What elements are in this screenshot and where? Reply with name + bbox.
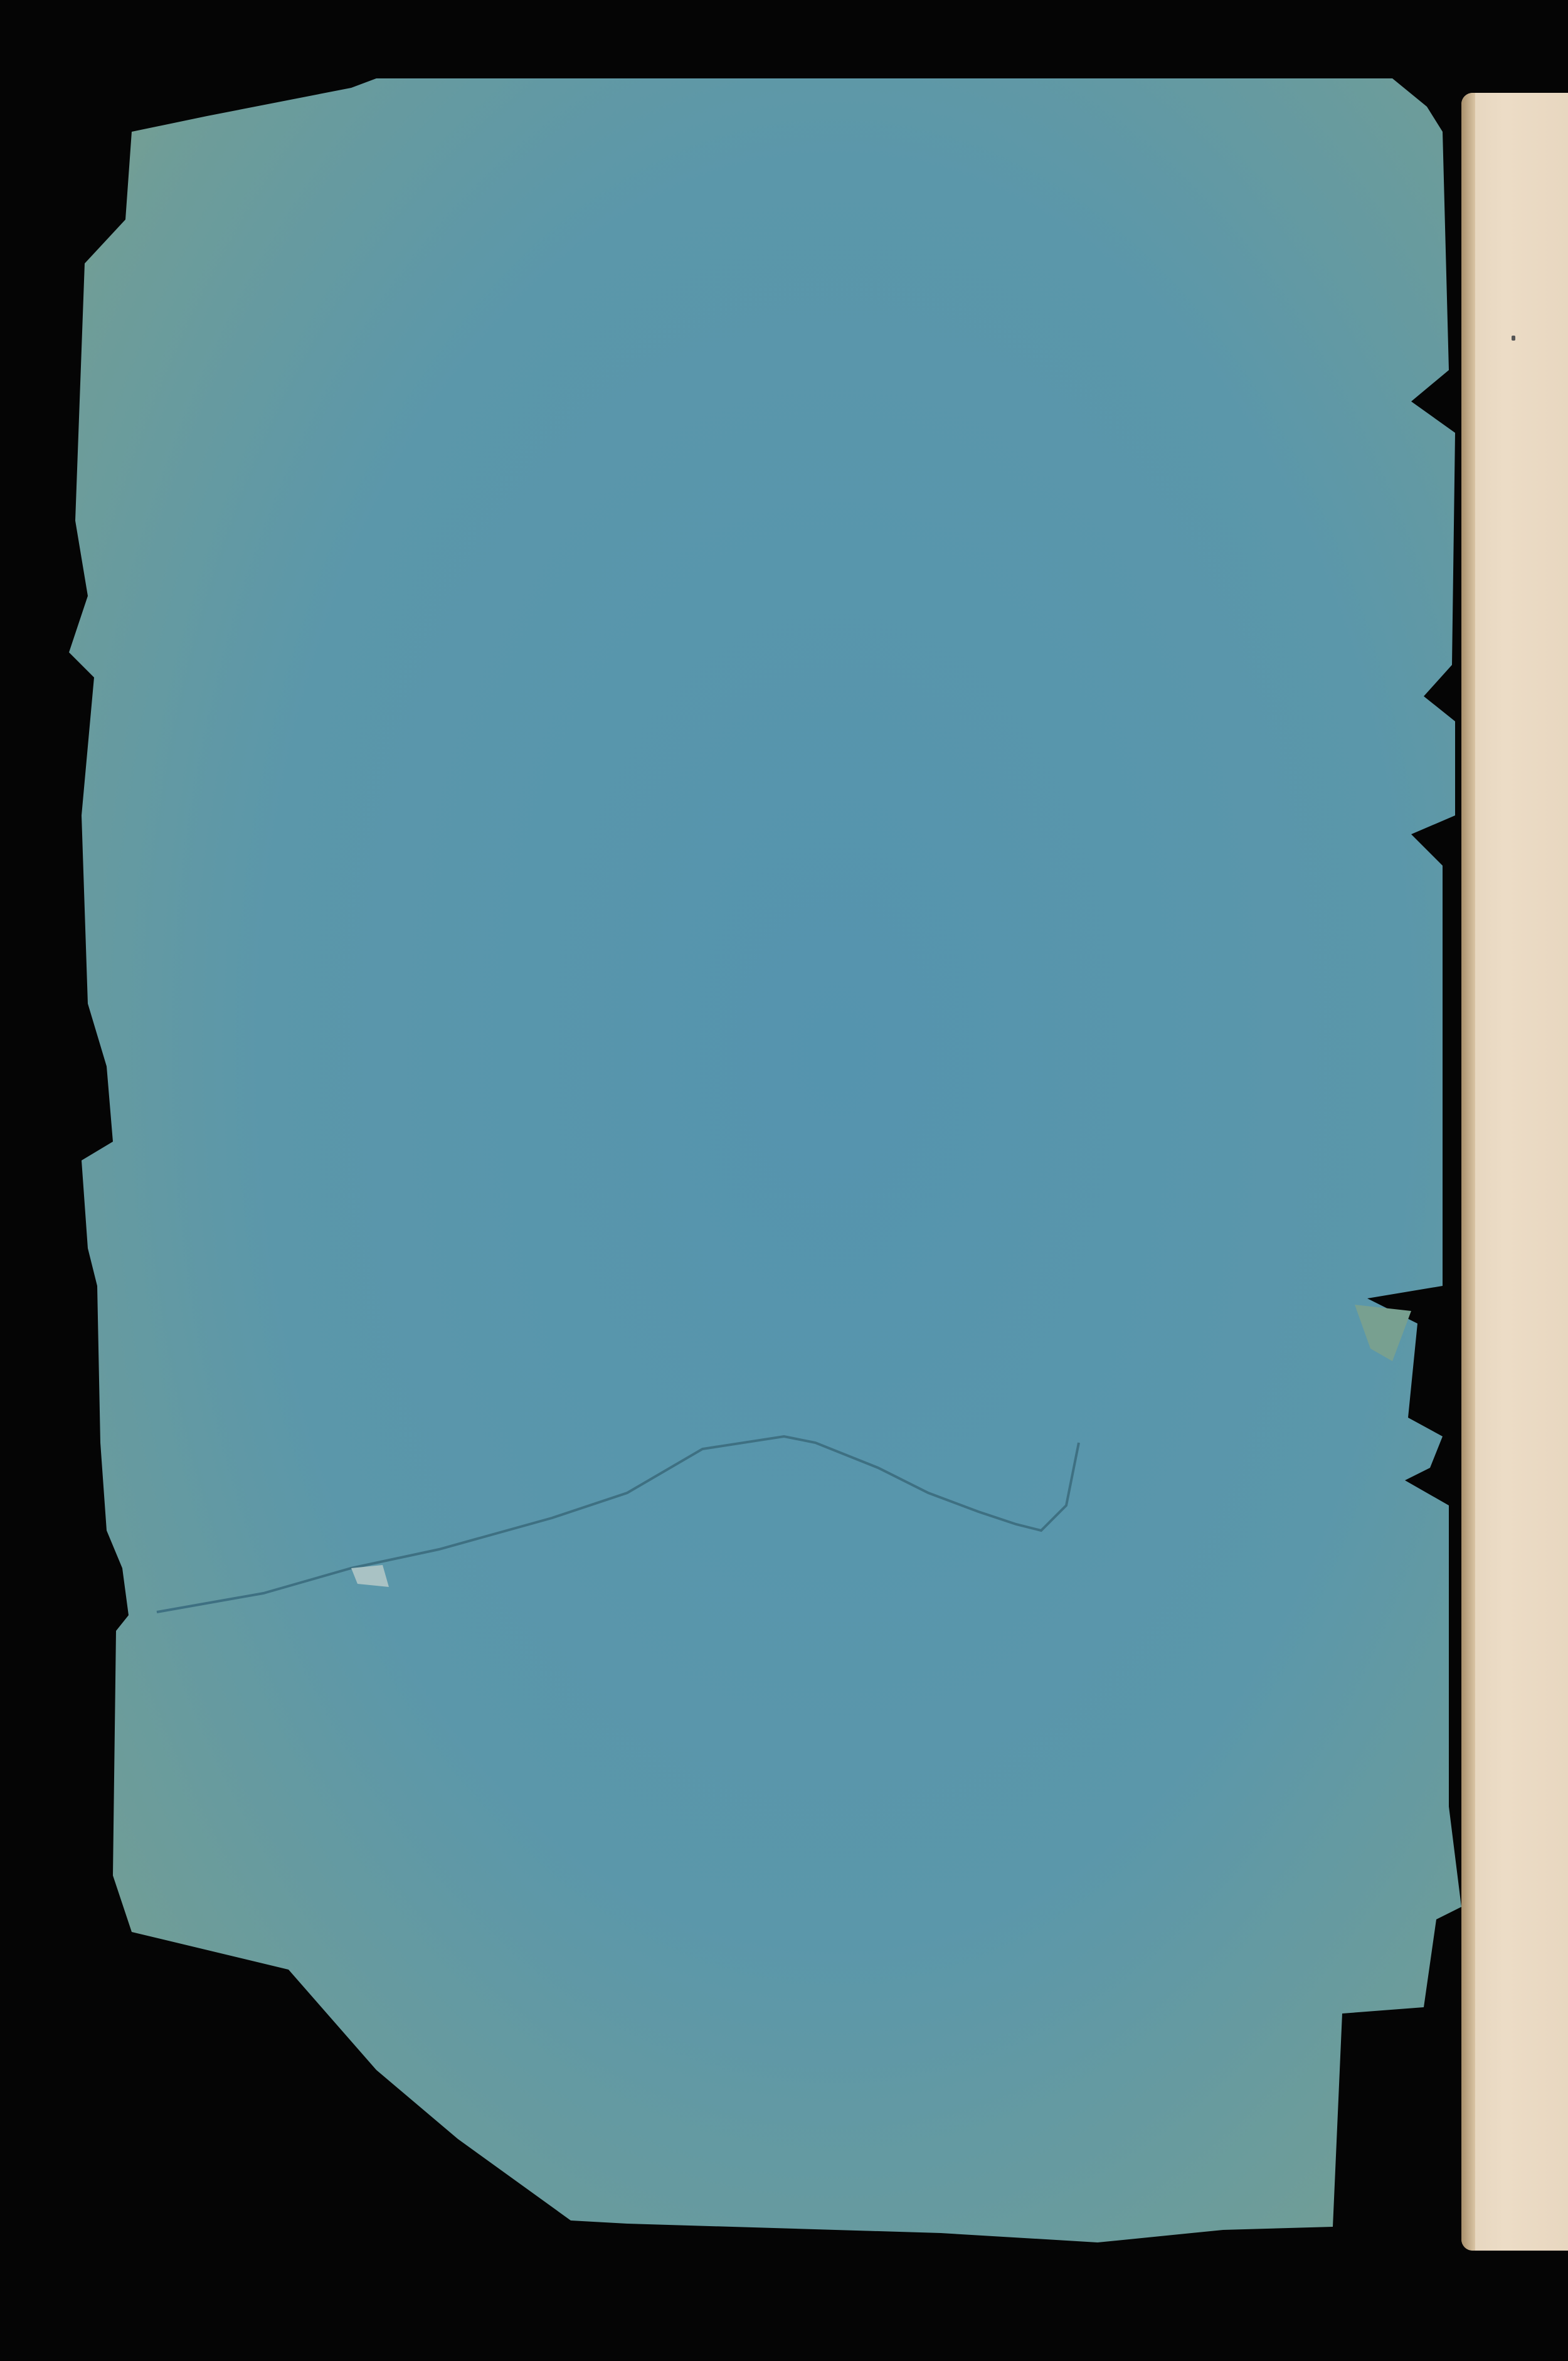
cover-paper [69, 78, 1461, 2242]
blue-cover [0, 0, 1568, 2361]
